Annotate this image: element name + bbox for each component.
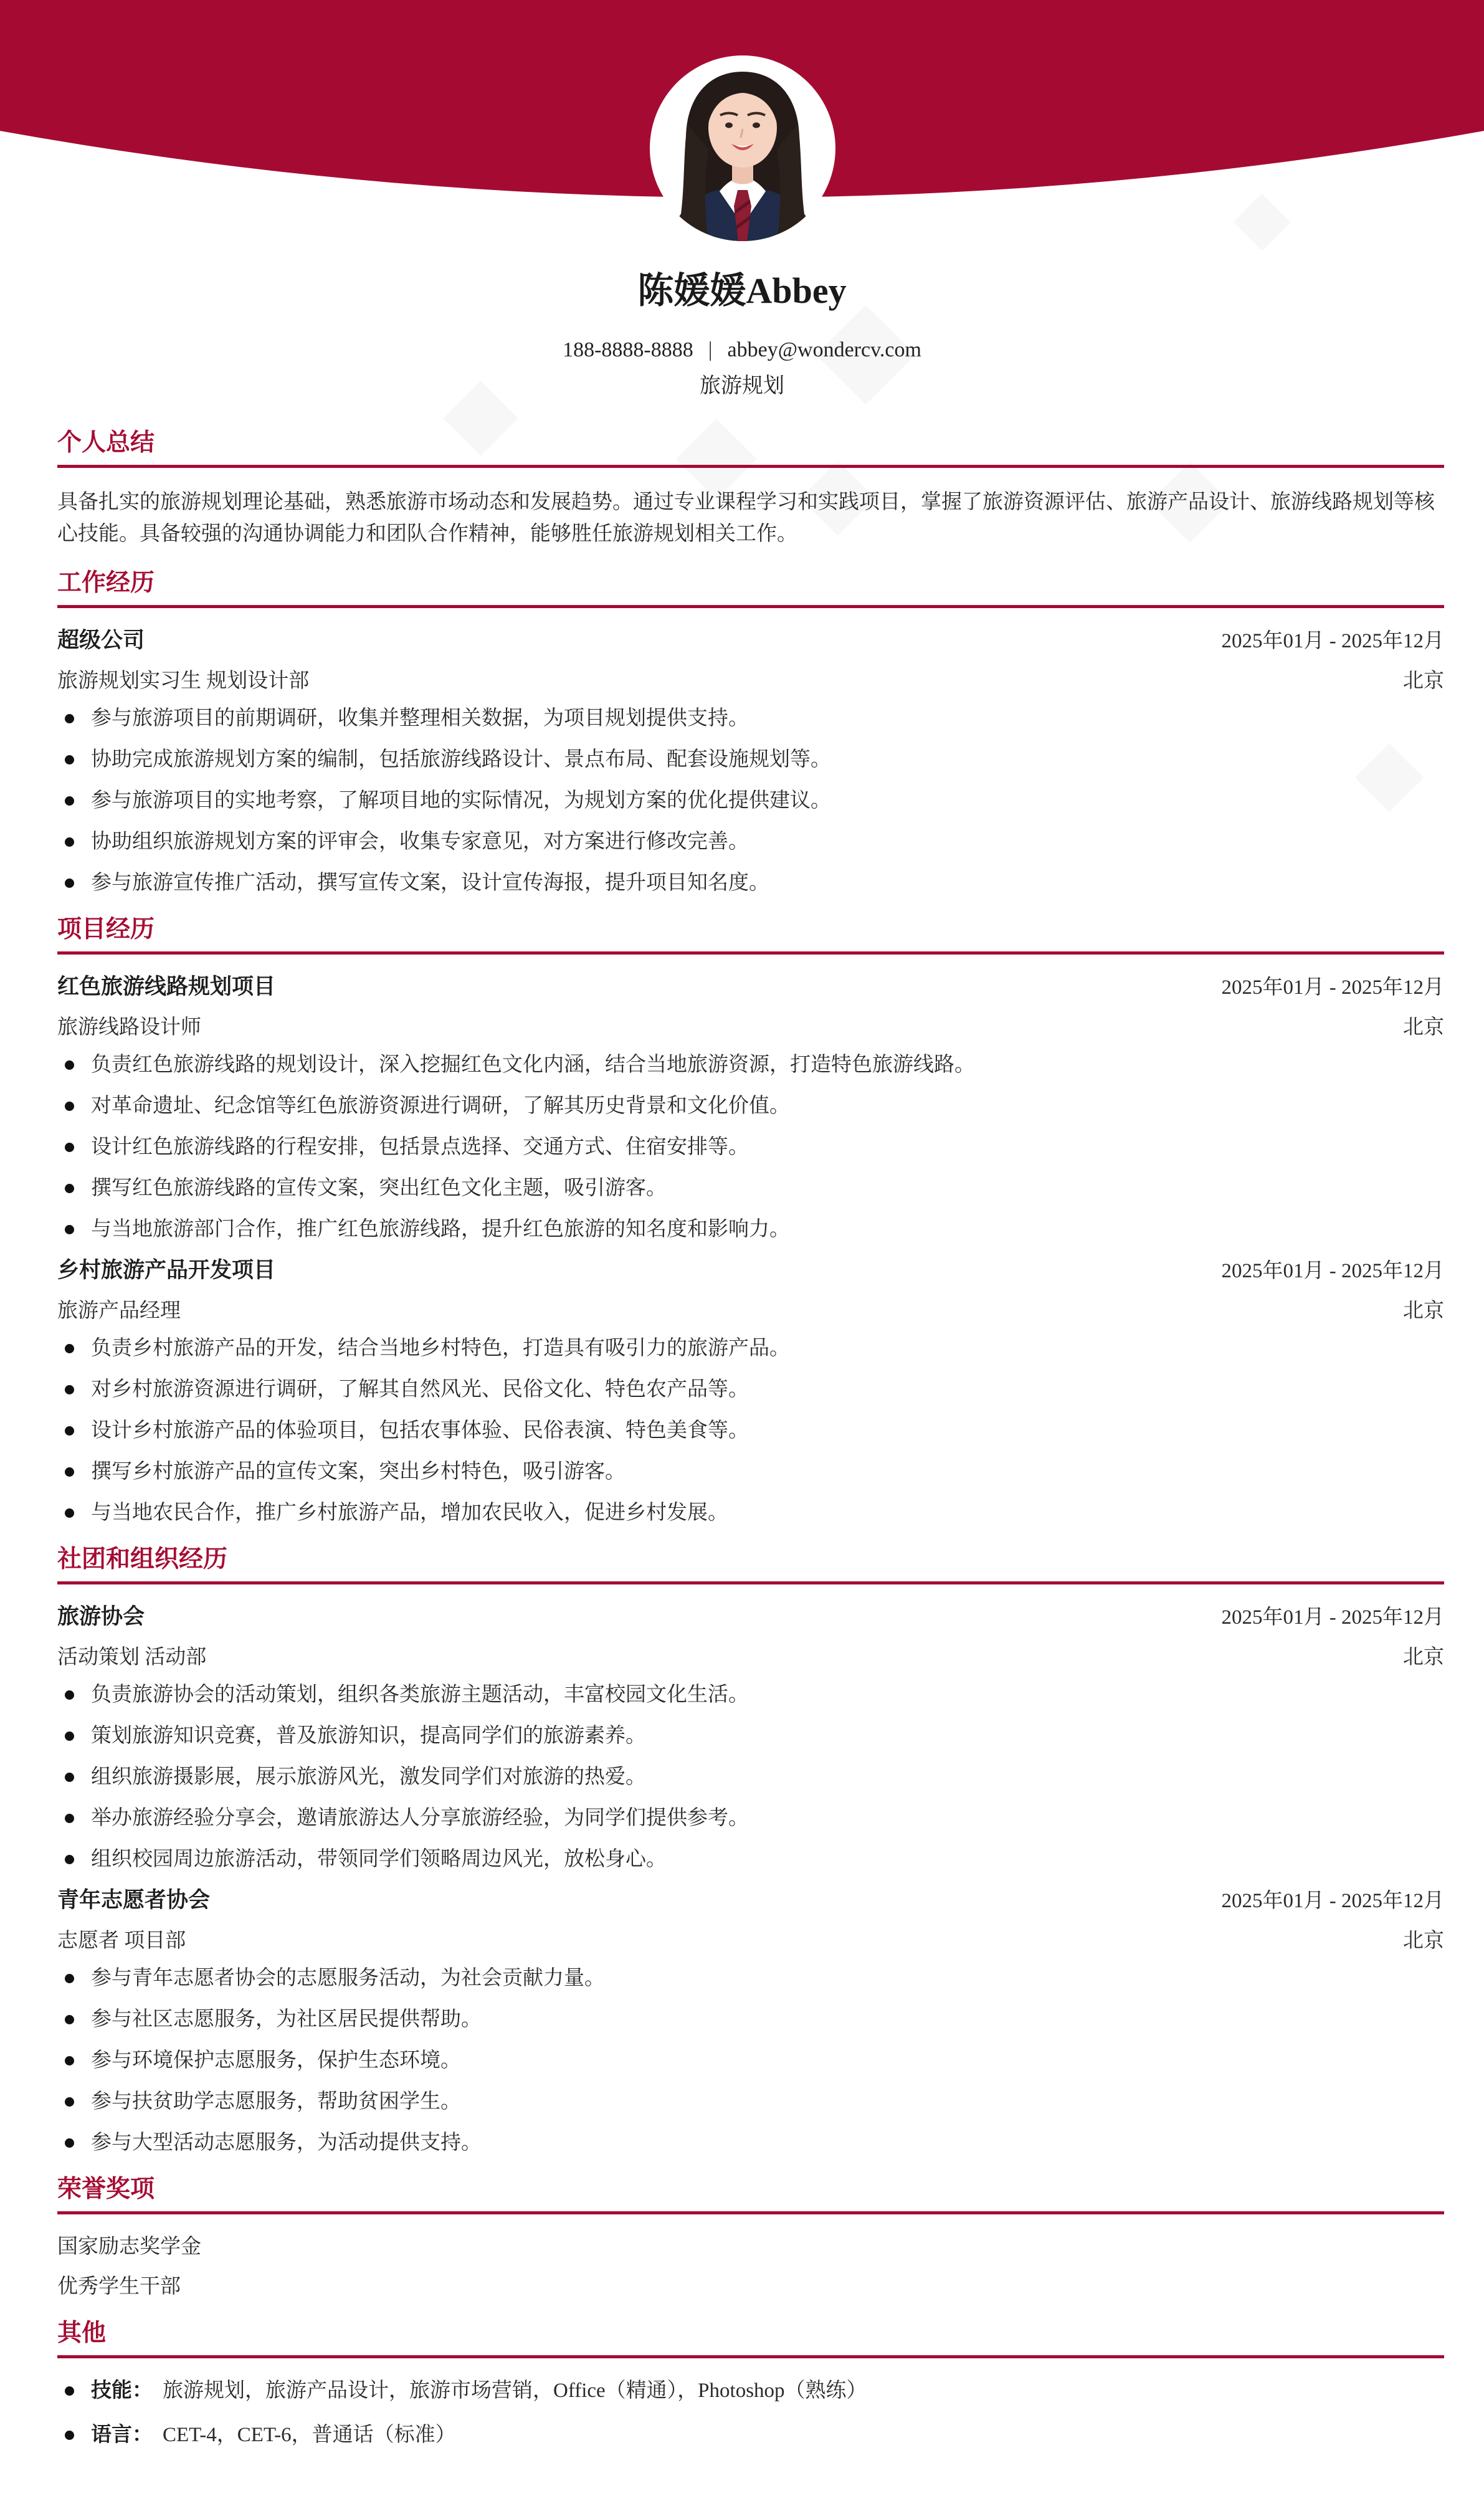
section-divider bbox=[57, 605, 1444, 608]
bullet-list: 负责乡村旅游产品的开发，结合当地乡村特色，打造具有吸引力的旅游产品。 对乡村旅游… bbox=[57, 1335, 1444, 1527]
phone-number: 188-8888-8888 bbox=[563, 338, 693, 361]
bullet-list: 负责红色旅游线路的规划设计，深入挖掘红色文化内涵，结合当地旅游资源，打造特色旅游… bbox=[57, 1051, 1444, 1243]
bullet-item: 参与大型活动志愿服务，为活动提供支持。 bbox=[57, 2129, 1444, 2156]
section-divider bbox=[57, 951, 1444, 955]
entry-date: 2025年01月 - 2025年12月 bbox=[1222, 627, 1445, 655]
entry-location: 北京 bbox=[1403, 1014, 1444, 1041]
bullet-item: 参与旅游项目的前期调研，收集并整理相关数据，为项目规划提供支持。 bbox=[57, 705, 1444, 732]
bullet-item: 参与社区志愿服务，为社区居民提供帮助。 bbox=[57, 2006, 1444, 2033]
skills-item: 技能：旅游规划，旅游产品设计，旅游市场营销，Office（精通），Photosh… bbox=[57, 2377, 1444, 2404]
contact-separator: | bbox=[708, 336, 713, 364]
bullet-list: 参与青年志愿者协会的志愿服务活动，为社会贡献力量。 参与社区志愿服务，为社区居民… bbox=[57, 1965, 1444, 2156]
section-divider bbox=[57, 2211, 1444, 2214]
section-project-experience: 项目经历 红色旅游线路规划项目 2025年01月 - 2025年12月 旅游线路… bbox=[57, 915, 1444, 1527]
languages-text: CET-4，CET-6，普通话（标准） bbox=[163, 2424, 456, 2446]
experience-entry: 旅游协会 2025年01月 - 2025年12月 活动策划 活动部 北京 负责旅… bbox=[57, 1603, 1444, 1873]
profile-photo bbox=[650, 55, 835, 241]
bullet-item: 协助组织旅游规划方案的评审会，收集专家意见，对方案进行修改完善。 bbox=[57, 828, 1444, 855]
bullet-item: 对乡村旅游资源进行调研，了解其自然风光、民俗文化、特色农产品等。 bbox=[57, 1376, 1444, 1403]
entry-role: 活动策划 活动部 bbox=[57, 1644, 206, 1671]
bullet-item: 负责红色旅游线路的规划设计，深入挖掘红色文化内涵，结合当地旅游资源，打造特色旅游… bbox=[57, 1051, 1444, 1079]
bullet-item: 设计乡村旅游产品的体验项目，包括农事体验、民俗表演、特色美食等。 bbox=[57, 1417, 1444, 1444]
bullet-item: 撰写乡村旅游产品的宣传文案，突出乡村特色，吸引游客。 bbox=[57, 1458, 1444, 1485]
section-divider bbox=[57, 465, 1444, 468]
section-divider bbox=[57, 2355, 1444, 2358]
entry-date: 2025年01月 - 2025年12月 bbox=[1222, 1887, 1445, 1915]
bullet-item: 负责乡村旅游产品的开发，结合当地乡村特色，打造具有吸引力的旅游产品。 bbox=[57, 1335, 1444, 1362]
section-title: 项目经历 bbox=[57, 915, 1444, 944]
bullet-item: 与当地农民合作，推广乡村旅游产品，增加农民收入，促进乡村发展。 bbox=[57, 1499, 1444, 1527]
bullet-item: 负责旅游协会的活动策划，组织各类旅游主题活动，丰富校园文化生活。 bbox=[57, 1681, 1444, 1708]
email-address: abbey@wondercv.com bbox=[728, 338, 921, 361]
experience-entry: 青年志愿者协会 2025年01月 - 2025年12月 志愿者 项目部 北京 参… bbox=[57, 1887, 1444, 2156]
resume-content: 个人总结 具备扎实的旅游规划理论基础，熟悉旅游市场动态和发展趋势。通过专业课程学… bbox=[0, 421, 1484, 2449]
section-personal-summary: 个人总结 具备扎实的旅游规划理论基础，熟悉旅游市场动态和发展趋势。通过专业课程学… bbox=[57, 429, 1444, 550]
entry-date: 2025年01月 - 2025年12月 bbox=[1222, 1604, 1445, 1631]
section-work-experience: 工作经历 超级公司 2025年01月 - 2025年12月 旅游规划实习生 规划… bbox=[57, 569, 1444, 897]
entry-role: 旅游线路设计师 bbox=[57, 1014, 201, 1041]
bullet-item: 组织旅游摄影展，展示旅游风光，激发同学们对旅游的热爱。 bbox=[57, 1763, 1444, 1791]
languages-item: 语言：CET-4，CET-6，普通话（标准） bbox=[57, 2421, 1444, 2449]
entry-location: 北京 bbox=[1403, 1297, 1444, 1325]
section-title: 工作经历 bbox=[57, 569, 1444, 598]
section-honors: 荣誉奖项 国家励志奖学金 优秀学生干部 bbox=[57, 2175, 1444, 2300]
bullet-item: 设计红色旅游线路的行程安排，包括景点选择、交通方式、住宿安排等。 bbox=[57, 1133, 1444, 1161]
section-title: 其他 bbox=[57, 2319, 1444, 2348]
summary-text: 具备扎实的旅游规划理论基础，熟悉旅游市场动态和发展趋势。通过专业课程学习和实践项… bbox=[57, 487, 1444, 550]
bullet-list: 负责旅游协会的活动策划，组织各类旅游主题活动，丰富校园文化生活。 策划旅游知识竞… bbox=[57, 1681, 1444, 1873]
bullet-item: 参与环境保护志愿服务，保护生态环境。 bbox=[57, 2047, 1444, 2074]
section-organizations: 社团和组织经历 旅游协会 2025年01月 - 2025年12月 活动策划 活动… bbox=[57, 1545, 1444, 2156]
entry-date: 2025年01月 - 2025年12月 bbox=[1222, 974, 1445, 1001]
job-title: 旅游规划 bbox=[0, 373, 1484, 400]
entry-org: 乡村旅游产品开发项目 bbox=[57, 1257, 275, 1284]
entry-role: 旅游产品经理 bbox=[57, 1297, 181, 1325]
bullet-item: 组织校园周边旅游活动，带领同学们领略周边风光，放松身心。 bbox=[57, 1846, 1444, 1873]
bullet-item: 对革命遗址、纪念馆等红色旅游资源进行调研，了解其历史背景和文化价值。 bbox=[57, 1092, 1444, 1120]
experience-entry: 超级公司 2025年01月 - 2025年12月 旅游规划实习生 规划设计部 北… bbox=[57, 627, 1444, 897]
skills-label: 技能： bbox=[91, 2380, 163, 2402]
entry-org: 青年志愿者协会 bbox=[57, 1887, 210, 1914]
bullet-item: 举办旅游经验分享会，邀请旅游达人分享旅游经验，为同学们提供参考。 bbox=[57, 1804, 1444, 1832]
bullet-item: 参与扶贫助学志愿服务，帮助贫困学生。 bbox=[57, 2088, 1444, 2115]
candidate-name: 陈媛媛Abbey bbox=[0, 269, 1484, 313]
entry-location: 北京 bbox=[1403, 1644, 1444, 1671]
section-other: 其他 技能：旅游规划，旅游产品设计，旅游市场营销，Office（精通），Phot… bbox=[57, 2319, 1444, 2449]
entry-role: 旅游规划实习生 规划设计部 bbox=[57, 667, 309, 695]
skills-text: 旅游规划，旅游产品设计，旅游市场营销，Office（精通），Photoshop（… bbox=[163, 2380, 867, 2402]
bullet-item: 策划旅游知识竞赛，普及旅游知识，提高同学们的旅游素养。 bbox=[57, 1722, 1444, 1750]
honor-item: 国家励志奖学金 bbox=[57, 2233, 1444, 2260]
entry-location: 北京 bbox=[1403, 1927, 1444, 1955]
honor-item: 优秀学生干部 bbox=[57, 2273, 1444, 2300]
bullet-list: 参与旅游项目的前期调研，收集并整理相关数据，为项目规划提供支持。 协助完成旅游规… bbox=[57, 705, 1444, 897]
bullet-list: 技能：旅游规划，旅游产品设计，旅游市场营销，Office（精通），Photosh… bbox=[57, 2377, 1444, 2449]
bullet-item: 协助完成旅游规划方案的编制，包括旅游线路设计、景点布局、配套设施规划等。 bbox=[57, 746, 1444, 773]
bullet-item: 参与青年志愿者协会的志愿服务活动，为社会贡献力量。 bbox=[57, 1965, 1444, 1992]
entry-location: 北京 bbox=[1403, 667, 1444, 695]
contact-line: 188-8888-8888|abbey@wondercv.com bbox=[0, 336, 1484, 364]
entry-role: 志愿者 项目部 bbox=[57, 1927, 186, 1955]
bullet-item: 参与旅游项目的实地考察，了解项目地的实际情况，为规划方案的优化提供建议。 bbox=[57, 787, 1444, 814]
section-divider bbox=[57, 1581, 1444, 1584]
entry-org: 红色旅游线路规划项目 bbox=[57, 973, 275, 1001]
section-title: 荣誉奖项 bbox=[57, 2175, 1444, 2204]
portrait-illustration bbox=[650, 55, 835, 241]
bullet-item: 撰写红色旅游线路的宣传文案，突出红色文化主题，吸引游客。 bbox=[57, 1174, 1444, 1202]
section-title: 个人总结 bbox=[57, 429, 1444, 457]
experience-entry: 乡村旅游产品开发项目 2025年01月 - 2025年12月 旅游产品经理 北京… bbox=[57, 1257, 1444, 1527]
bullet-item: 参与旅游宣传推广活动，撰写宣传文案，设计宣传海报，提升项目知名度。 bbox=[57, 869, 1444, 897]
experience-entry: 红色旅游线路规划项目 2025年01月 - 2025年12月 旅游线路设计师 北… bbox=[57, 973, 1444, 1243]
entry-org: 超级公司 bbox=[57, 627, 145, 654]
entry-org: 旅游协会 bbox=[57, 1603, 145, 1631]
section-title: 社团和组织经历 bbox=[57, 1545, 1444, 1574]
resume-page: 陈媛媛Abbey 188-8888-8888|abbey@wondercv.co… bbox=[0, 0, 1484, 2501]
entry-date: 2025年01月 - 2025年12月 bbox=[1222, 1257, 1445, 1285]
bullet-item: 与当地旅游部门合作，推广红色旅游线路，提升红色旅游的知名度和影响力。 bbox=[57, 1216, 1444, 1243]
languages-label: 语言： bbox=[91, 2424, 163, 2446]
